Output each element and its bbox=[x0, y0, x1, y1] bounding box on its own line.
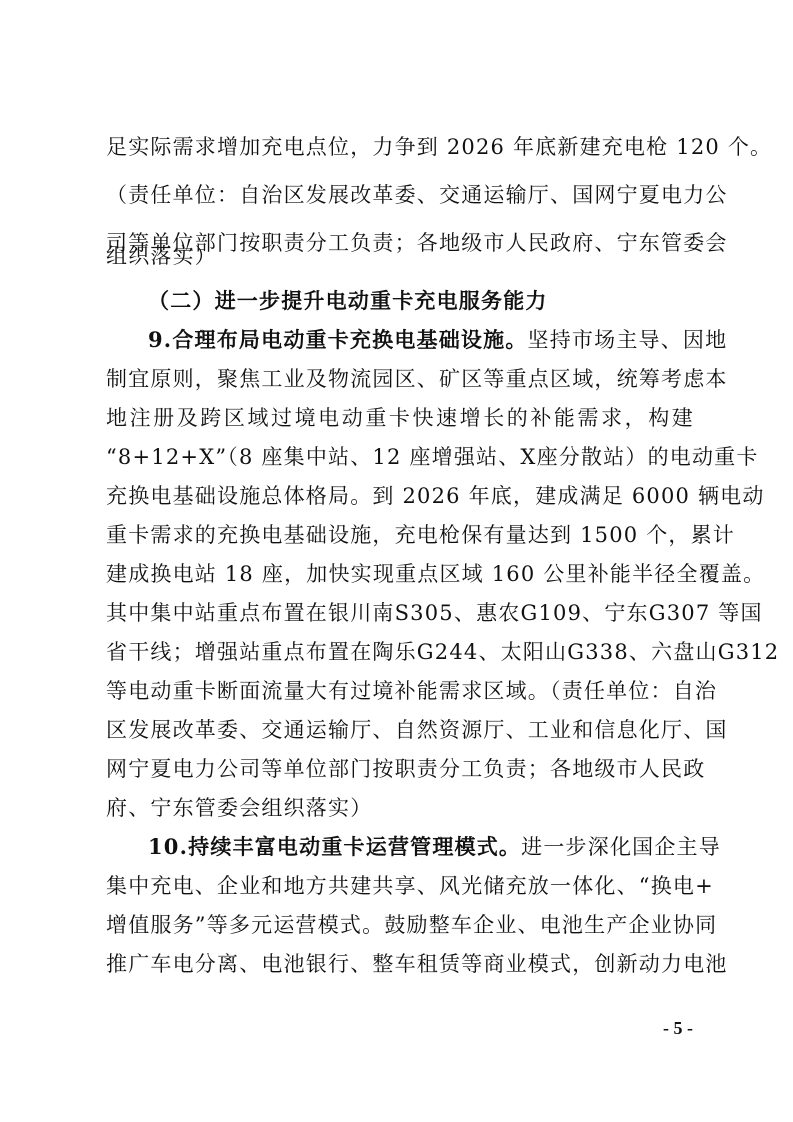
paragraph-line: 网宁夏电力公司等单位部门按职责分工负责；各地级市人民政 bbox=[106, 755, 694, 783]
document-page: 足实际需求增加充电点位，力争到 2026 年底新建充电枪 120 个。 （责任单… bbox=[0, 0, 793, 1122]
item-9-title: 9.合理布局电动重卡充换电基础设施。 bbox=[148, 327, 528, 352]
paragraph-line: 充换电基础设施总体格局。到 2026 年底，建成满足 6000 辆电动 bbox=[106, 482, 694, 510]
item-10-first-line: 10.持续丰富电动重卡运营管理模式。进一步深化国企主导 bbox=[148, 833, 694, 861]
section-heading: （二）进一步提升电动重卡充电服务能力 bbox=[148, 287, 694, 315]
paragraph-line: 增值服务”等多元运营模式。鼓励整车企业、电池生产企业协同 bbox=[106, 911, 694, 939]
paragraph-line: 其中集中站重点布置在银川南S305、惠农G109、宁东G307 等国 bbox=[106, 599, 694, 627]
paragraph-line: 等电动重卡断面流量大有过境补能需求区域。（责任单位：自治 bbox=[106, 677, 694, 705]
item-9-text: 坚持市场主导、因地 bbox=[528, 328, 728, 352]
paragraph-line: 区发展改革委、交通运输厅、自然资源厅、工业和信息化厅、国 bbox=[106, 716, 694, 744]
paragraph-line: 组织落实） bbox=[106, 242, 694, 270]
paragraph-line: 省干线；增强站重点布置在陶乐G244、太阳山G338、六盘山G312 bbox=[106, 638, 694, 666]
item-10-text: 进一步深化国企主导 bbox=[521, 835, 721, 859]
paragraph-line: 足实际需求增加充电点位，力争到 2026 年底新建充电枪 120 个。 bbox=[106, 133, 694, 161]
paragraph-line: “8+12+X”（8 座集中站、12 座增强站、X座分散站）的电动重卡 bbox=[106, 443, 694, 471]
item-9-first-line: 9.合理布局电动重卡充换电基础设施。坚持市场主导、因地 bbox=[148, 326, 694, 354]
paragraph-line: 府、宁东管委会组织落实） bbox=[106, 794, 694, 822]
paragraph-line: 集中充电、企业和地方共建共享、风光储充放一体化、“换电+ bbox=[106, 872, 694, 900]
paragraph-line: （责任单位：自治区发展改革委、交通运输厅、国网宁夏电力公 bbox=[106, 181, 694, 209]
item-10-title: 10.持续丰富电动重卡运营管理模式。 bbox=[148, 834, 521, 859]
paragraph-line: 建成换电站 18 座，加快实现重点区域 160 公里补能半径全覆盖。 bbox=[106, 560, 694, 588]
paragraph-line: 制宜原则，聚焦工业及物流园区、矿区等重点区域，统筹考虑本 bbox=[106, 365, 694, 393]
paragraph-line: 重卡需求的充换电基础设施，充电枪保有量达到 1500 个，累计 bbox=[106, 521, 694, 549]
paragraph-line: 推广车电分离、电池银行、整车租赁等商业模式，创新动力电池 bbox=[106, 950, 694, 978]
page-number: - 5 - bbox=[663, 1018, 693, 1039]
paragraph-line: 地注册及跨区域过境电动重卡快速增长的补能需求，构建 bbox=[106, 404, 694, 432]
